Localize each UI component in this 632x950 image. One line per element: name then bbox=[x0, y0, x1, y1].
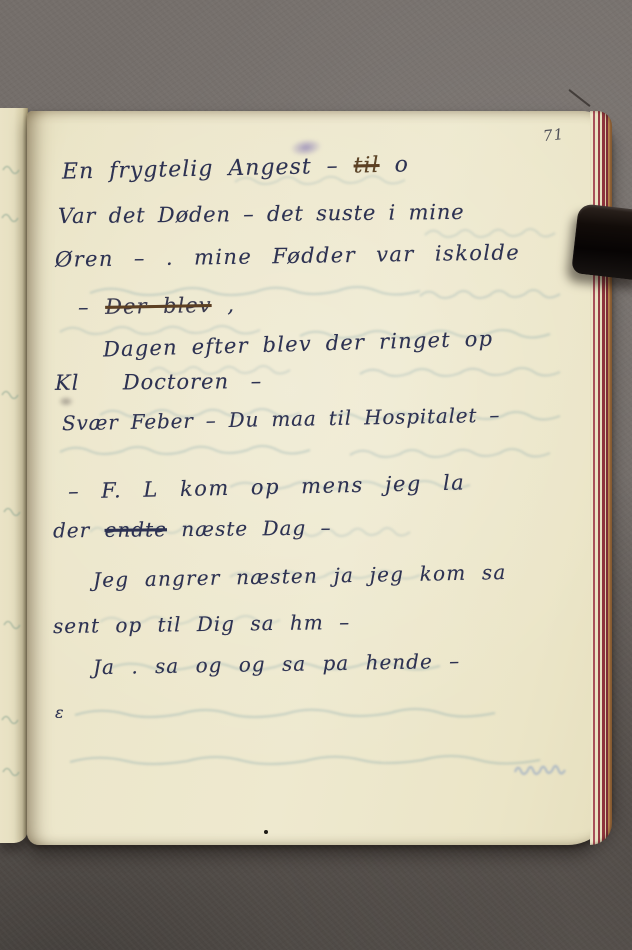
notebook-photo: 71 En frygtelig Angest – til o Var det D… bbox=[0, 0, 632, 950]
notebook-elastic-strap bbox=[571, 203, 632, 280]
background-scratch-mark bbox=[568, 89, 591, 107]
handwriting-line: Ja . sa og og sa pa hende – bbox=[93, 651, 460, 677]
page-number: 71 bbox=[542, 125, 565, 145]
handwriting-text: ε bbox=[55, 703, 64, 722]
handwriting-line: der endte næste Dag – bbox=[53, 518, 332, 541]
handwriting-text: der bbox=[53, 518, 105, 543]
handwriting-text: Var det Døden – det suste i mine bbox=[58, 200, 465, 228]
handwriting-text: næste Dag – bbox=[167, 516, 332, 542]
handwriting-text: sent op til Dig sa hm – bbox=[53, 610, 350, 638]
handwriting-line: ε bbox=[55, 705, 64, 721]
handwriting-line: Kl Doctoren – bbox=[55, 371, 262, 394]
handwriting-text: , bbox=[211, 293, 235, 317]
handwriting-line: Var det Døden – det suste i mine bbox=[58, 202, 465, 227]
facing-page-ghost-marks bbox=[0, 108, 28, 843]
struck-word: Der blev bbox=[105, 293, 212, 319]
handwriting-line: – Der blev , bbox=[78, 295, 235, 319]
struck-word: endte bbox=[104, 517, 167, 542]
handwriting-text: – bbox=[78, 295, 106, 319]
handwriting-text: o bbox=[379, 152, 409, 178]
handwriting-line: sent op til Dig sa hm – bbox=[53, 612, 350, 636]
ink-dot bbox=[264, 830, 268, 834]
struck-word: til bbox=[353, 153, 379, 179]
handwriting-text: Kl Doctoren – bbox=[55, 369, 262, 395]
gray-smudge bbox=[58, 396, 74, 407]
